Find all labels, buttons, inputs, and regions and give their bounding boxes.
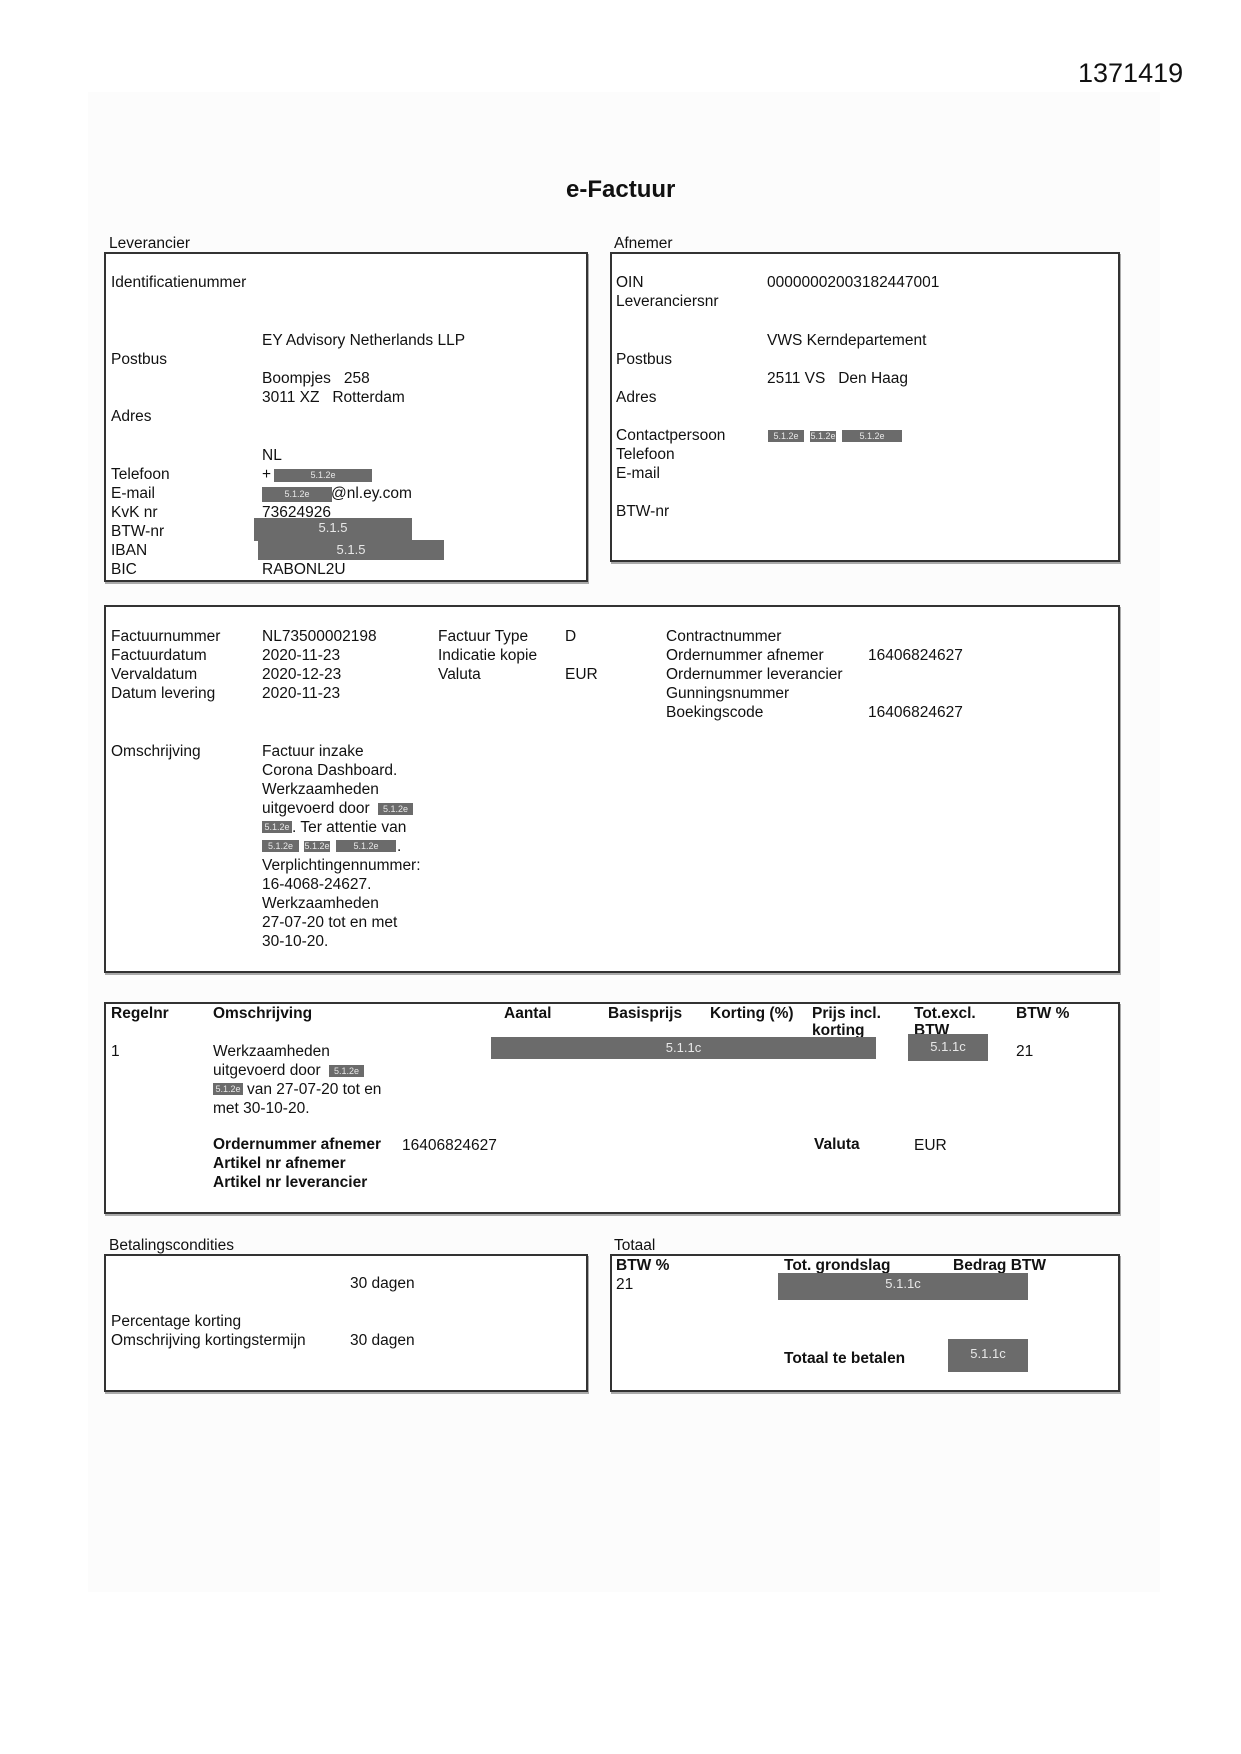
label-omschrijving: Omschrijving bbox=[111, 742, 201, 761]
label-ordernummer-afnemer: Ordernummer afnemer bbox=[213, 1135, 381, 1154]
label-indicatie-kopie: Indicatie kopie bbox=[438, 646, 537, 665]
row-amount-redaction: 5.1.1c bbox=[491, 1037, 876, 1059]
label-gunningsnummer: Gunningsnummer bbox=[666, 684, 789, 703]
description-line: 27-07-20 tot en met bbox=[262, 913, 397, 932]
description-line: Corona Dashboard. bbox=[262, 761, 397, 780]
header-aantal: Aantal bbox=[504, 1004, 551, 1023]
afnemer-heading: Afnemer bbox=[614, 234, 673, 253]
line-items-box: Regelnr Omschrijving Aantal Basisprijs K… bbox=[104, 1002, 1120, 1214]
description-line: Factuur inzake bbox=[262, 742, 364, 761]
header-btw-pct: BTW % bbox=[616, 1256, 669, 1275]
supplier-name: EY Advisory Netherlands LLP bbox=[262, 331, 465, 350]
customer-postal-city: 2511 VS Den Haag bbox=[767, 369, 908, 388]
customer-oin: 00000002003182447001 bbox=[767, 273, 939, 292]
telefoon-prefix: + bbox=[262, 465, 271, 484]
label-telefoon: Telefoon bbox=[111, 465, 170, 484]
label-postbus: Postbus bbox=[616, 350, 672, 369]
document-number: 1371419 bbox=[1078, 58, 1183, 88]
label-artikel-afnemer: Artikel nr afnemer bbox=[213, 1154, 346, 1173]
totaal-heading: Totaal bbox=[614, 1236, 655, 1255]
label-omschrijving-kortingstermijn: Omschrijving kortingstermijn bbox=[111, 1331, 306, 1350]
label-bic: BIC bbox=[111, 560, 137, 579]
label-valuta: Valuta bbox=[814, 1135, 860, 1154]
supplier-email-domain: @nl.ey.com bbox=[331, 484, 412, 503]
description-line: Werkzaamheden bbox=[262, 780, 379, 799]
betalingscondities-heading: Betalingscondities bbox=[109, 1236, 234, 1255]
label-contactpersoon: Contactpersoon bbox=[616, 426, 725, 445]
row-name-redaction: 5.1.2e bbox=[329, 1065, 364, 1077]
description-redaction: 5.1.2e bbox=[336, 840, 396, 852]
label-btw: BTW-nr bbox=[111, 522, 164, 541]
row-description: Werkzaamheden bbox=[213, 1042, 330, 1061]
label-datum-levering: Datum levering bbox=[111, 684, 215, 703]
supplier-country: NL bbox=[262, 446, 282, 465]
contact-redaction: 5.1.2e bbox=[768, 430, 804, 442]
label-totaal-te-betalen: Totaal te betalen bbox=[784, 1349, 905, 1368]
telefoon-redaction: 5.1.2e bbox=[274, 469, 372, 482]
delivery-date: 2020-11-23 bbox=[262, 684, 340, 703]
label-btw: BTW-nr bbox=[616, 502, 669, 521]
row-btw-pct: 21 bbox=[1016, 1042, 1033, 1061]
page-title: e-Factuur bbox=[566, 176, 675, 204]
invoice-number: NL73500002198 bbox=[262, 627, 377, 646]
te-betalen-redaction: 5.1.1c bbox=[948, 1339, 1028, 1372]
description-line: Verplichtingennummer: bbox=[262, 856, 421, 875]
row-total-redaction: 5.1.1c bbox=[908, 1034, 988, 1061]
row-description: met 30-10-20. bbox=[213, 1099, 310, 1118]
description-line: 30-10-20. bbox=[262, 932, 328, 951]
header-basisprijs: Basisprijs bbox=[608, 1004, 682, 1023]
row-name-redaction: 5.1.2e bbox=[213, 1083, 243, 1095]
invoice-date: 2020-11-23 bbox=[262, 646, 340, 665]
currency: EUR bbox=[565, 665, 598, 684]
label-vervaldatum: Vervaldatum bbox=[111, 665, 197, 684]
leverancier-heading: Leverancier bbox=[109, 234, 190, 253]
label-percentage-korting: Percentage korting bbox=[111, 1312, 241, 1331]
supplier-street: Boompjes 258 bbox=[262, 369, 370, 388]
label-identificatienummer: Identificatienummer bbox=[111, 273, 246, 292]
betalingscondities-box: 30 dagen Percentage korting Omschrijving… bbox=[104, 1254, 588, 1392]
description-redaction: 5.1.2e bbox=[304, 841, 330, 852]
leverancier-box: Identificatienummer EY Advisory Netherla… bbox=[104, 252, 588, 582]
description-line: . Ter attentie van bbox=[292, 818, 406, 837]
totaal-btw-pct: 21 bbox=[616, 1275, 633, 1294]
label-email: E-mail bbox=[111, 484, 155, 503]
description-line: uitgevoerd door bbox=[262, 799, 370, 818]
label-contractnummer: Contractnummer bbox=[666, 627, 781, 646]
label-iban: IBAN bbox=[111, 541, 147, 560]
supplier-postal-city: 3011 XZ Rotterdam bbox=[262, 388, 405, 407]
label-leveranciersnr: Leveranciersnr bbox=[616, 292, 719, 311]
label-telefoon: Telefoon bbox=[616, 445, 675, 464]
contact-redaction: 5.1.2e bbox=[810, 431, 836, 442]
afnemer-box: OIN 00000002003182447001 Leveranciersnr … bbox=[610, 252, 1120, 562]
description-redaction: 5.1.2e bbox=[262, 840, 299, 852]
label-email: E-mail bbox=[616, 464, 660, 483]
order-number-customer: 16406824627 bbox=[868, 646, 963, 665]
totaal-box: BTW % Tot. grondslag Bedrag BTW 21 5.1.1… bbox=[610, 1254, 1120, 1392]
description-line: . bbox=[397, 837, 401, 856]
label-postbus: Postbus bbox=[111, 350, 167, 369]
label-ordernummer-leverancier: Ordernummer leverancier bbox=[666, 665, 843, 684]
label-factuur-type: Factuur Type bbox=[438, 627, 528, 646]
label-valuta: Valuta bbox=[438, 665, 481, 684]
payment-term: 30 dagen bbox=[350, 1274, 415, 1293]
header-btw-pct: BTW % bbox=[1016, 1004, 1069, 1023]
label-adres: Adres bbox=[616, 388, 657, 407]
contact-redaction: 5.1.2e bbox=[842, 430, 902, 442]
row-order-number: 16406824627 bbox=[402, 1136, 497, 1155]
description-redaction: 5.1.2e bbox=[378, 803, 413, 815]
header-regelnr: Regelnr bbox=[111, 1004, 169, 1023]
grondslag-redaction: 5.1.1c bbox=[778, 1273, 1028, 1300]
row-description: uitgevoerd door bbox=[213, 1061, 321, 1080]
label-factuurdatum: Factuurdatum bbox=[111, 646, 207, 665]
header-omschrijving: Omschrijving bbox=[213, 1004, 312, 1023]
description-line: 16-4068-24627. bbox=[262, 875, 371, 894]
discount-term: 30 dagen bbox=[350, 1331, 415, 1350]
label-kvk: KvK nr bbox=[111, 503, 158, 522]
label-oin: OIN bbox=[616, 273, 644, 292]
customer-name: VWS Kerndepartement bbox=[767, 331, 926, 350]
label-factuurnummer: Factuurnummer bbox=[111, 627, 220, 646]
label-boekingscode: Boekingscode bbox=[666, 703, 763, 722]
header-korting: Korting (%) bbox=[710, 1004, 794, 1023]
row-currency: EUR bbox=[914, 1136, 947, 1155]
invoice-type: D bbox=[565, 627, 576, 646]
label-ordernummer-afnemer: Ordernummer afnemer bbox=[666, 646, 824, 665]
btw-redaction: 5.1.5 bbox=[254, 518, 412, 541]
label-adres: Adres bbox=[111, 407, 152, 426]
row-description: van 27-07-20 tot en bbox=[247, 1080, 381, 1099]
description-line: Werkzaamheden bbox=[262, 894, 379, 913]
row-regelnr: 1 bbox=[111, 1042, 120, 1061]
due-date: 2020-12-23 bbox=[262, 665, 341, 684]
booking-code: 16406824627 bbox=[868, 703, 963, 722]
description-redaction: 5.1.2e bbox=[262, 821, 292, 833]
invoice-details-box: Factuurnummer NL73500002198 Factuurdatum… bbox=[104, 605, 1120, 973]
email-redaction: 5.1.2e bbox=[262, 487, 332, 502]
iban-redaction: 5.1.5 bbox=[258, 540, 444, 560]
supplier-bic: RABONL2U bbox=[262, 560, 346, 579]
label-artikel-leverancier: Artikel nr leverancier bbox=[213, 1173, 367, 1192]
